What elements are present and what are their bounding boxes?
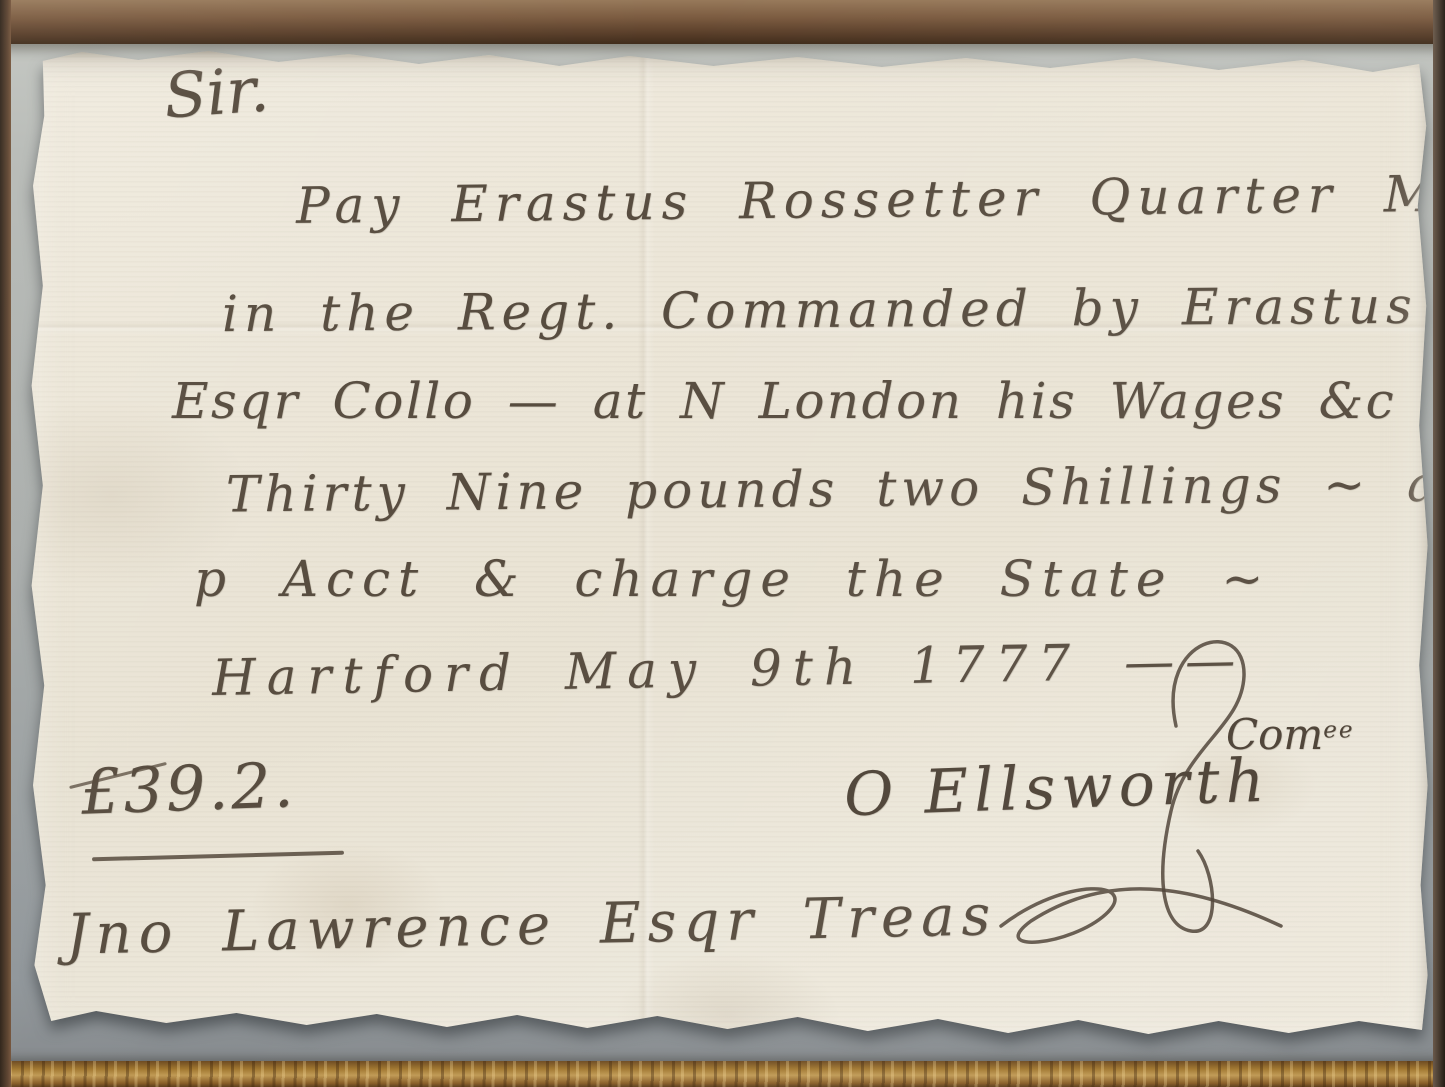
frame-bottom — [0, 1061, 1445, 1087]
frame-left — [0, 0, 11, 1087]
addressee-line: Jno Lawrence Esqr Treas — [66, 888, 998, 963]
frame-top — [0, 0, 1445, 44]
signature: O Ellsworth — [843, 751, 1271, 826]
body-line-3: Esqr Collo — at N London his Wages &c be… — [172, 376, 1445, 426]
paper-shadow-wrap: Sir. Pay Erastus Rossetter Quarter Maste… — [26, 46, 1429, 1045]
body-line-4: Thirty Nine pounds two Shillings ~ as — [226, 459, 1445, 520]
body-line-2: in the Regt. Commanded by Erastus Wolcot… — [222, 279, 1445, 339]
amount-underline — [92, 851, 344, 862]
framed-document-photo: Sir. Pay Erastus Rossetter Quarter Maste… — [0, 0, 1445, 1087]
body-line-1: Pay Erastus Rossetter Quarter Master — [296, 167, 1445, 231]
signature-title-base: Com — [1226, 710, 1323, 759]
frame-right — [1433, 0, 1445, 1087]
salutation: Sir. — [162, 58, 271, 127]
manuscript-paper: Sir. Pay Erastus Rossetter Quarter Maste… — [26, 46, 1429, 1045]
amount-total: £39.2. — [80, 754, 297, 823]
signature-title: Comee — [1226, 714, 1355, 756]
signature-title-superscript: ee — [1323, 717, 1354, 743]
underline-figure-eight — [1001, 889, 1281, 942]
